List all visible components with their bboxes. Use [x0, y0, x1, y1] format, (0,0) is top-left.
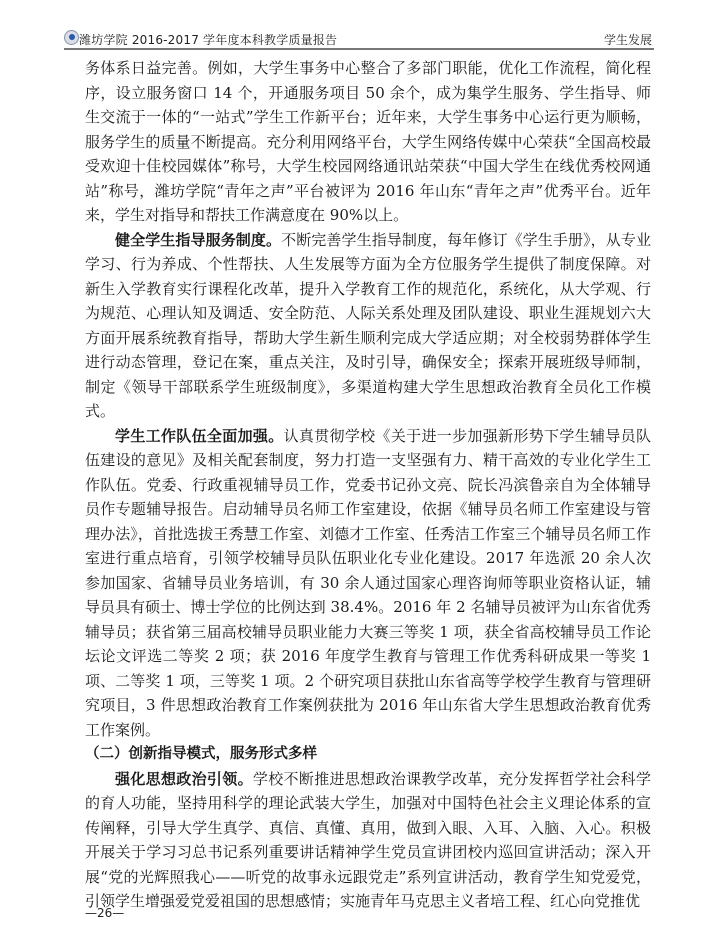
page-number: —26— — [85, 906, 124, 920]
paragraph-guidance-system: 健全学生指导服务制度。不断完善学生指导制度，每年修订《学生手册》，从专业学习、行… — [85, 228, 651, 424]
section-title: 学生发展 — [604, 31, 652, 48]
section-subheading: （二）创新指导模式，服务形式多样 — [85, 742, 651, 767]
page-header: 潍坊学院 2016-2017 学年度本科教学质量报告 学生发展 — [64, 30, 654, 50]
header-rule — [64, 48, 654, 50]
paragraph-political-guidance: 强化思想政治引领。学校不断推进思想政治课教学改革，充分发挥哲学社会科学的育人功能… — [85, 767, 651, 914]
school-emblem-icon — [64, 30, 79, 45]
paragraph-services: 务体系日益完善。例如，大学生事务中心整合了多部门职能，优化工作流程，简化程序，设… — [85, 56, 651, 228]
paragraph-text: 认真贯彻学校《关于进一步加强新形势下学生辅导员队伍建设的意见》及相关配套制度，努… — [85, 427, 651, 739]
paragraph-text: 不断完善学生指导制度，每年修订《学生手册》，从专业学习、行为养成、个性帮扶、人生… — [85, 231, 651, 421]
paragraph-staff-team: 学生工作队伍全面加强。认真贯彻学校《关于进一步加强新形势下学生辅导员队伍建设的意… — [85, 424, 651, 743]
page-body: 务体系日益完善。例如，大学生事务中心整合了多部门职能，优化工作流程，简化程序，设… — [85, 56, 651, 914]
paragraph-lead: 学生工作队伍全面加强。 — [115, 427, 284, 445]
report-title: 潍坊学院 2016-2017 学年度本科教学质量报告 — [79, 31, 337, 48]
paragraph-lead: 强化思想政治引领。 — [115, 770, 253, 788]
paragraph-lead: 健全学生指导服务制度。 — [115, 231, 281, 249]
paragraph-text: 学校不断推进思想政治课教学改革，充分发挥哲学社会科学的育人功能，坚持用科学的理论… — [85, 770, 651, 911]
